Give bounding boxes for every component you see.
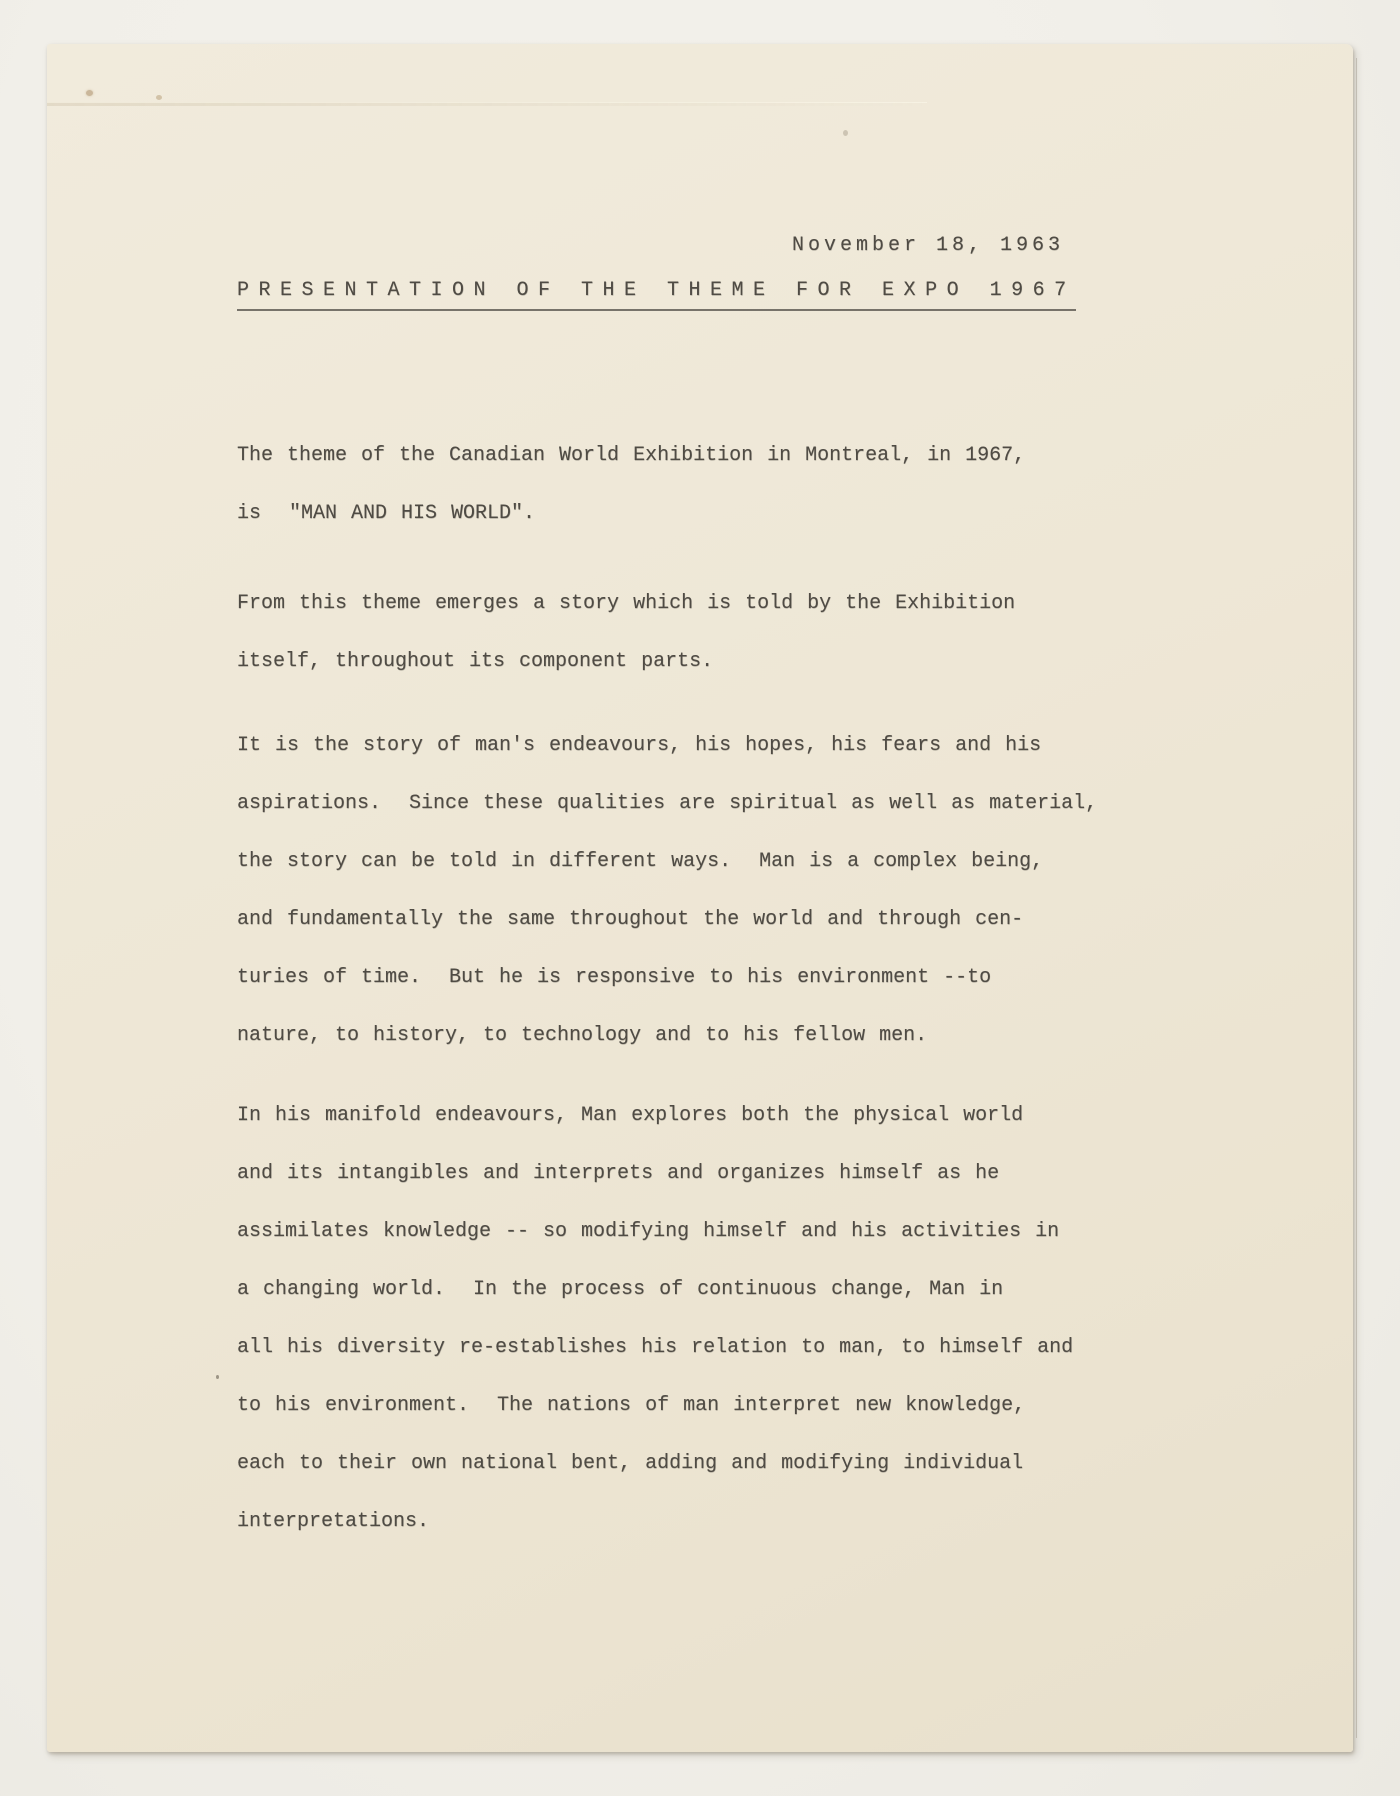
paragraph-theme-statement: The theme of the Canadian World Exhibiti… — [237, 427, 1025, 543]
paragraph-manifold-endeavours: In his manifold endeavours, Man explores… — [237, 1087, 1073, 1551]
paper-stain — [843, 130, 848, 136]
text-line: It is the story of man's endeavours, his… — [237, 717, 1097, 775]
text-line: to his environment. The nations of man i… — [237, 1377, 1073, 1435]
text-line: the story can be told in different ways.… — [237, 833, 1097, 891]
text-line: interpretations. — [237, 1493, 1073, 1551]
text-line: and its intangibles and interprets and o… — [237, 1145, 1073, 1203]
paper-crease — [47, 102, 927, 106]
text-line: nature, to history, to technology and to… — [237, 1007, 1097, 1065]
scanned-document-page: November 18, 1963 PRESENTATION OF THE TH… — [47, 44, 1353, 1752]
text-line: assimilates knowledge -- so modifying hi… — [237, 1203, 1073, 1261]
text-line: itself, throughout its component parts. — [237, 633, 1015, 691]
document-date: November 18, 1963 — [792, 234, 1064, 257]
page-edge-shadow — [1356, 58, 1357, 1738]
text-line: turies of time. But he is responsive to … — [237, 949, 1097, 1007]
text-line: a changing world. In the process of cont… — [237, 1261, 1073, 1319]
text-line: each to their own national bent, adding … — [237, 1435, 1073, 1493]
text-line: aspirations. Since these qualities are s… — [237, 775, 1097, 833]
paper-speck — [216, 1375, 219, 1379]
text-line: is "MAN AND HIS WORLD". — [237, 485, 1025, 543]
paper-stain — [86, 90, 93, 96]
text-line: In his manifold endeavours, Man explores… — [237, 1087, 1073, 1145]
paragraph-story-emerges: From this theme emerges a story which is… — [237, 575, 1015, 691]
paragraph-mans-endeavours: It is the story of man's endeavours, his… — [237, 717, 1097, 1065]
text-line: From this theme emerges a story which is… — [237, 575, 1015, 633]
text-line: all his diversity re-establishes his rel… — [237, 1319, 1073, 1377]
document-title: PRESENTATION OF THE THEME FOR EXPO 1967 — [237, 279, 1076, 311]
paper-stain — [156, 95, 162, 100]
text-line: The theme of the Canadian World Exhibiti… — [237, 427, 1025, 485]
text-line: and fundamentally the same throughout th… — [237, 891, 1097, 949]
